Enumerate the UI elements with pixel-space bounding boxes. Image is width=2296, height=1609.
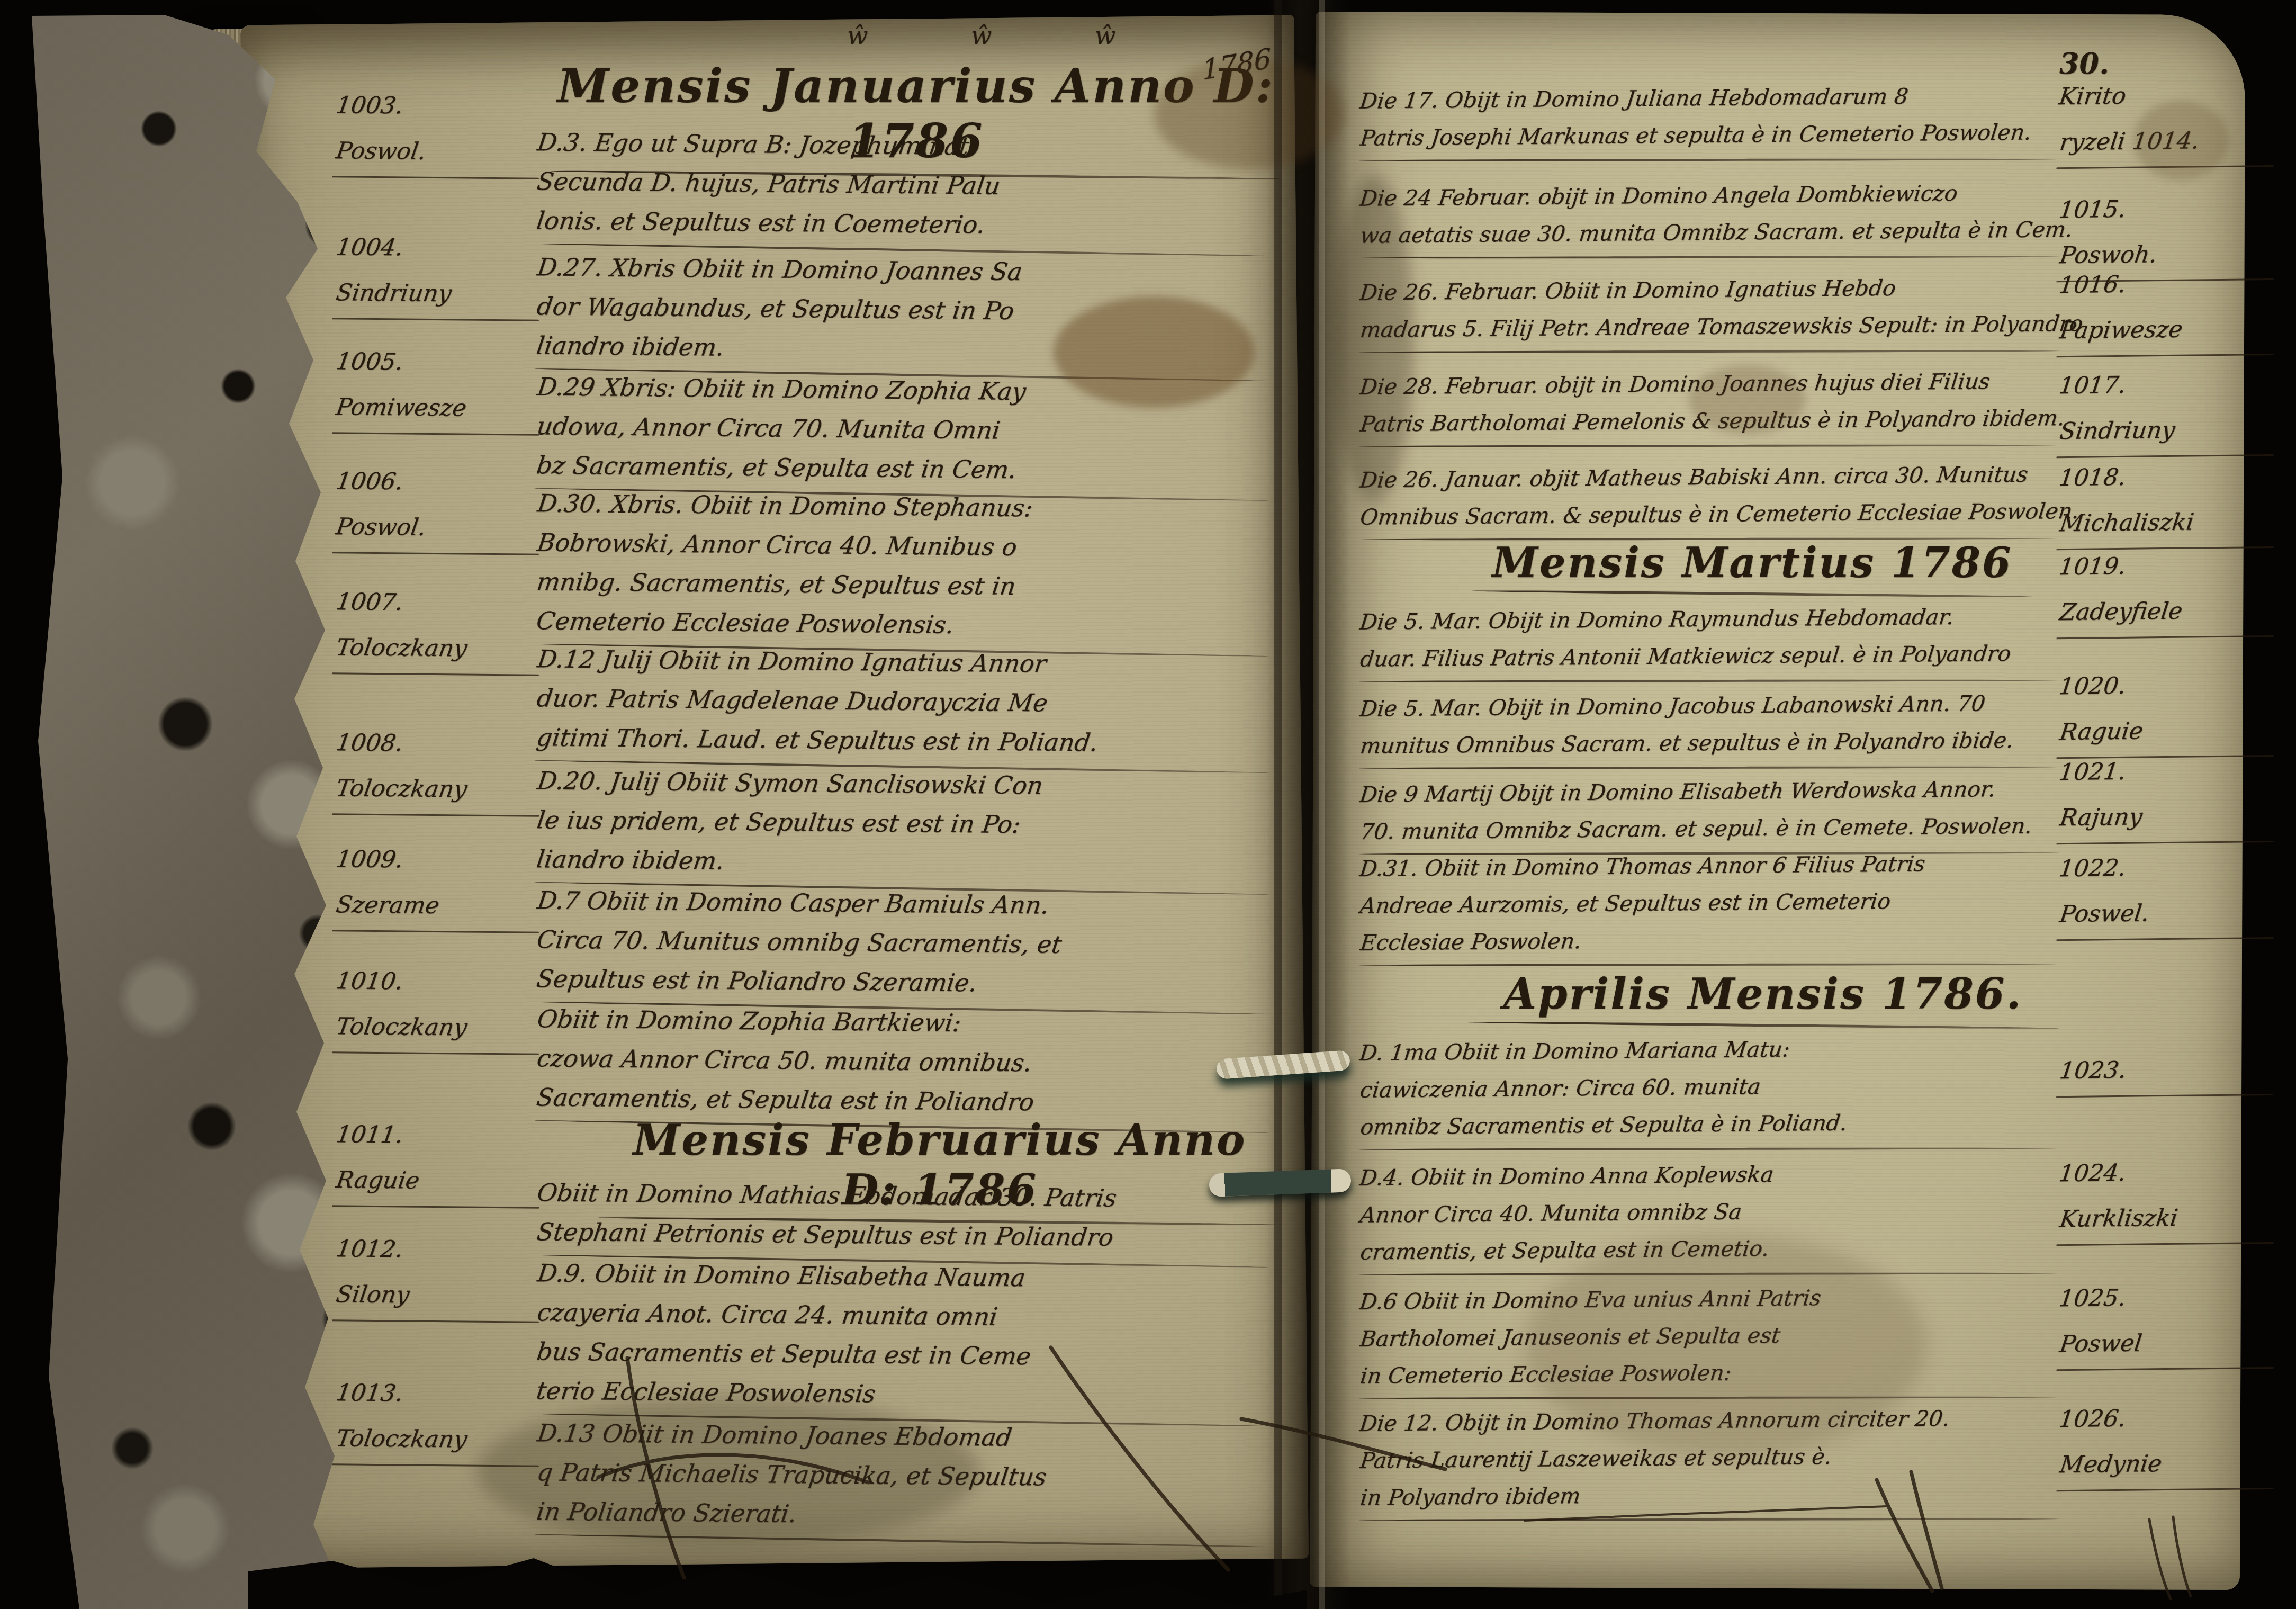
entry-place-label: Toloczkany	[332, 1004, 546, 1055]
entry-place-label: Rajuny	[2056, 793, 2280, 844]
entry-line: duor. Patris Magdelenae Dudorayczia Me	[535, 678, 1281, 724]
entry-line: mnibg. Sacramentis, et Sepultus est in	[534, 562, 1281, 608]
entry-place-label: Toloczkany	[332, 625, 546, 676]
entry-margin: 1023.	[2059, 1046, 2277, 1098]
entry-line: Annor Circa 40. Munita omnibz Sa	[1358, 1190, 2062, 1234]
entry-margin: 1016.Papiwesze	[2059, 260, 2277, 357]
entry-line: D.6 Obiit in Domino Eva unius Anni Patri…	[1358, 1277, 2062, 1320]
entry-line: D.31. Obiit in Domino Thomas Annor 6 Fil…	[1358, 844, 2062, 887]
entry-number: 1006.	[333, 459, 546, 506]
entry-line: Bobrowski, Annor Circa 40. Munibus o	[535, 523, 1281, 569]
register-entry: D.30. Xbris. Obiit in Domino Stephanus:B…	[534, 483, 1277, 654]
entry-place-label: Kurkliszki	[2056, 1194, 2280, 1246]
entry-line: lonis. et Sepultus est in Coemeterio.	[534, 201, 1281, 247]
entry-margin: 1012.Silony	[336, 1226, 543, 1323]
entry-line: D.30. Xbris. Obiit in Domino Stephanus:	[535, 483, 1282, 529]
entry-place-label: Poswol.	[332, 128, 546, 179]
register-entry: D. 1ma Obiit in Domino Mariana Matu:ciaw…	[1357, 1028, 2058, 1153]
entry-line: q Patris Michaelis Trapucika, et Sepultu…	[535, 1452, 1281, 1498]
entry-number: 1024.	[2056, 1149, 2279, 1197]
entry-margin: 1020.Raguie	[2059, 662, 2277, 759]
entry-number: 1004.	[333, 224, 546, 272]
entry-line: le ius pridem, et Sepultus est est in Po…	[535, 800, 1281, 846]
entry-number: 1019.	[2056, 542, 2279, 590]
entry-line: Die 9 Martij Obijt in Domino Elisabeth W…	[1358, 770, 2062, 813]
register-entry: Obiit in Domino Mathias Ebdomadar 30. Pa…	[534, 1173, 1276, 1265]
entry-number: 1005.	[333, 339, 546, 386]
entry-margin: 1011.Raguie	[336, 1112, 543, 1208]
register-entry: D.29 Xbris: Obiit in Domino Zophia Kayud…	[534, 367, 1276, 499]
entry-margin: 1008.Toloczkany	[336, 720, 543, 816]
entry-line: Die 12. Obijt in Domino Thomas Annorum c…	[1358, 1399, 2062, 1442]
entry-line: gitimi Thori. Laud. et Sepultus est in P…	[534, 717, 1281, 763]
entry-number: 1009.	[333, 837, 546, 884]
register-entry: Die 26. Januar. objit Matheus Babiski An…	[1357, 455, 2058, 543]
entry-place-label: Papiwesze	[2056, 306, 2280, 357]
entry-line: in Cemeterio Ecclesiae Poswolen:	[1358, 1351, 2063, 1395]
entry-number: 1022.	[2056, 844, 2279, 892]
entry-place-label: Kirito	[2056, 72, 2279, 120]
entry-number: 1020.	[2056, 662, 2279, 709]
entry-number: 1011.	[333, 1112, 546, 1159]
entry-place-label: Toloczkany	[332, 1416, 546, 1467]
entry-line: D.29 Xbris: Obiit in Domino Zophia Kay	[535, 367, 1281, 413]
entry-line: D.20. Julij Obiit Symon Sanclisowski Con	[535, 761, 1281, 807]
entry-margin: 1018.Michaliszki	[2059, 453, 2277, 550]
entry-margin: 1022.Poswel.	[2059, 844, 2277, 941]
entry-line: in Poliandro Szierati.	[534, 1491, 1281, 1538]
entry-line: Ecclesiae Poswolen.	[1358, 918, 2063, 961]
entry-line: Die 26. Januar. objit Matheus Babiski An…	[1358, 455, 2062, 499]
entry-number: 1021.	[2056, 748, 2279, 795]
entry-line: wa aetatis suae 30. munita Omnibz Sacram…	[1358, 211, 2063, 254]
entry-number: ryzeli 1014.	[2056, 118, 2280, 169]
register-entry: Die 17. Obijt in Domino Juliana Hebdomad…	[1357, 76, 2058, 164]
entry-line: czayeria Anot. Circa 24. munita omni	[535, 1292, 1281, 1338]
entry-line: liandro ibidem.	[534, 839, 1281, 885]
register-entry: Die 9 Martij Obijt in Domino Elisabeth W…	[1357, 770, 2058, 858]
entry-number: 1013.	[333, 1370, 546, 1417]
entry-number: 1017.	[2056, 361, 2279, 409]
entry-margin: 1026.Medynie	[2059, 1395, 2277, 1491]
entry-number: 1003.	[333, 83, 546, 130]
entry-place-label: Poswel	[2056, 1319, 2280, 1371]
entry-margin: 1024.Kurkliszki	[2059, 1149, 2277, 1246]
entry-place-label: Poswol.	[332, 504, 546, 555]
entry-margin: 1005.Pomiwesze	[336, 339, 543, 435]
entry-line: Circa 70. Munitus omnibg Sacramentis, et	[535, 920, 1281, 966]
entry-line: Die 17. Obijt in Domino Juliana Hebdomad…	[1358, 76, 2062, 120]
entry-line: Die 26. Februar. Obiit in Domino Ignatiu…	[1358, 268, 2062, 311]
entry-line: Die 28. Februar. obijt in Domino Joannes…	[1358, 362, 2062, 406]
entry-line: Patris Bartholomai Pemelonis & sepultus …	[1358, 399, 2063, 443]
gutter-fold-line	[1274, 0, 1282, 1609]
register-entry: Die 5. Mar. Obijt in Domino Jacobus Laba…	[1357, 684, 2058, 772]
entry-place-label: Medynie	[2056, 1440, 2280, 1491]
entry-line: Stephani Petrionis et Sepultus est in Po…	[534, 1212, 1281, 1258]
entry-margin: 1017.Sindriuny	[2059, 361, 2277, 458]
entry-place-label: Toloczkany	[332, 766, 546, 816]
entry-line: czowa Annor Circa 50. munita omnibus.	[535, 1038, 1281, 1084]
entry-line: D.7 Obiit in Domino Casper Bamiuls Ann.	[535, 880, 1281, 927]
entry-place-label: Zadeyfiele	[2056, 588, 2280, 639]
entry-line: D.9. Obiit in Domino Elisabetha Nauma	[535, 1253, 1282, 1299]
entry-number: 1015.	[2056, 185, 2279, 233]
entry-margin: 1004.Sindriuny	[336, 224, 543, 321]
entry-line: udowa, Annor Circa 70. Munita Omni	[535, 406, 1281, 452]
register-entry: D.27. Xbris Obiit in Domino Joannes Sado…	[534, 247, 1276, 379]
entry-line: D. 1ma Obiit in Domino Mariana Matu:	[1358, 1028, 2062, 1072]
entry-number: 1007.	[333, 579, 546, 626]
entry-line: Secunda D. hujus, Patris Martini Palu	[535, 161, 1281, 208]
gutter-fold-highlight	[1319, 0, 1325, 1609]
register-entry: D.7 Obiit in Domino Casper Bamiuls Ann.C…	[534, 880, 1276, 1012]
register-entry: Die 12. Obijt in Domino Thomas Annorum c…	[1357, 1399, 2058, 1524]
month-header-text: Mensis Martius 1786	[1472, 539, 2033, 587]
entry-margin: 1007.Toloczkany	[336, 579, 543, 676]
month-header-text: Aprilis Mensis 1786.	[1466, 969, 2059, 1019]
manuscript-scan: ŵ ŵ ŵ 1786 30. Mensis Januarius Anno D: …	[0, 0, 2296, 1609]
entry-line: duar. Filius Patris Antonii Matkiewicz s…	[1358, 634, 2063, 678]
entry-line: D.13 Obiit in Domino Joanes Ebdomad	[535, 1413, 1281, 1459]
entry-margin: 1003.Poswol.	[336, 83, 543, 179]
entry-margin: 1013.Toloczkany	[336, 1370, 543, 1467]
entry-margin: 1009.Szerame	[336, 837, 543, 933]
entry-line: D.4. Obiit in Domino Anna Koplewska	[1358, 1153, 2062, 1197]
entry-number: 1012.	[333, 1226, 546, 1273]
entry-number: 1008.	[333, 720, 546, 767]
entry-line: omnibz Sacramentis et Sepulta è in Polia…	[1358, 1102, 2063, 1146]
month-header: Mensis Martius 1786	[1472, 539, 2033, 595]
entry-margin: 1010.Toloczkany	[336, 958, 543, 1055]
entry-line: Andreae Aurzomis, et Sepultus est in Cem…	[1358, 881, 2062, 924]
entry-line: D.12 Julij Obiit in Domino Ignatius Anno…	[535, 639, 1281, 685]
entry-margin: Kiritoryzeli 1014.	[2059, 72, 2277, 169]
entry-line: in Polyandro ibidem	[1358, 1473, 2063, 1516]
month-header: Aprilis Mensis 1786.	[1466, 969, 2059, 1027]
entry-line: Patris Laurentij Laszeweikas et sepultus…	[1358, 1436, 2062, 1479]
entry-place-label: Raguie	[332, 1157, 546, 1208]
entry-line: cramentis, et Sepulta est in Cemetio.	[1358, 1227, 2063, 1271]
entry-line: Obiit in Domino Zophia Bartkiewi:	[535, 999, 1281, 1045]
register-entry: D.13 Obiit in Domino Joanes Ebdomadq Pat…	[534, 1413, 1276, 1545]
entry-margin: 1025.Poswel	[2059, 1274, 2277, 1371]
register-entry: D.9. Obiit in Domino Elisabetha Naumacza…	[534, 1253, 1277, 1424]
entry-line: terio Ecclesiae Poswolensis	[534, 1371, 1281, 1417]
register-entry: D.6 Obiit in Domino Eva unius Anni Patri…	[1357, 1277, 2058, 1402]
entry-margin: 1019.Zadeyfiele	[2059, 542, 2277, 639]
entry-margin: 1006.Poswol.	[336, 459, 543, 555]
entry-line: bus Sacramentis et Sepulta est in Ceme	[534, 1332, 1281, 1378]
register-entry: D.31. Obiit in Domino Thomas Annor 6 Fil…	[1357, 844, 2058, 969]
entry-margin: 1021.Rajuny	[2059, 748, 2277, 844]
register-entry: Die 24 Februar. obijt in Domino Angela D…	[1357, 174, 2058, 262]
entry-number: 1025.	[2056, 1274, 2279, 1322]
entry-place-label: Szerame	[332, 882, 546, 933]
register-entry: Die 28. Februar. obijt in Domino Joannes…	[1357, 362, 2058, 450]
entry-number: 1010.	[333, 958, 546, 1005]
entry-number: 1026.	[2056, 1395, 2279, 1442]
entry-line: 70. munita Omnibz Sacram. et sepul. è in…	[1358, 807, 2063, 850]
entry-line: dor Wagabundus, et Sepultus est in Po	[535, 286, 1281, 332]
entry-line: Sepultus est in Poliandro Szeramie.	[534, 959, 1281, 1005]
entry-place-label: Pomiwesze	[332, 384, 546, 435]
entry-line: Die 24 Februar. obijt in Domino Angela D…	[1358, 174, 2062, 217]
stray-ink-marks: ŵ ŵ ŵ	[847, 21, 1163, 50]
entry-place-label: Poswel.	[2056, 889, 2280, 941]
binding-cord	[1209, 1168, 1351, 1197]
entry-line: Obiit in Domino Mathias Ebdomadar 30. Pa…	[535, 1173, 1281, 1219]
register-entry: D.20. Julij Obiit Symon Sanclisowski Con…	[534, 761, 1276, 893]
entry-number: 1018.	[2056, 453, 2279, 501]
entry-line: D.27. Xbris Obiit in Domino Joannes Sa	[535, 247, 1281, 293]
entry-line: liandro ibidem.	[534, 326, 1281, 372]
entry-line: Bartholomei Januseonis et Sepulta est	[1358, 1314, 2062, 1358]
entry-line: Die 5. Mar. Obijt in Domino Raymundus He…	[1358, 597, 2062, 641]
register-entry: D.12 Julij Obiit in Domino Ignatius Anno…	[534, 639, 1276, 771]
entry-line: Omnibus Sacram. & sepultus è in Cemeteri…	[1358, 492, 2063, 536]
register-entry: D.3. Ego ut Supra B: Jozephum nat:Secund…	[534, 122, 1276, 254]
entry-number: 1016.	[2056, 260, 2279, 308]
entry-number: 1023.	[2056, 1046, 2280, 1098]
entry-line: Die 5. Mar. Obijt in Domino Jacobus Laba…	[1358, 684, 2062, 727]
entry-place-label: Silony	[332, 1272, 546, 1323]
entry-line: D.3. Ego ut Supra B: Jozephum nat:	[535, 122, 1281, 168]
entry-line: madarus 5. Filij Petr. Andreae Tomaszews…	[1358, 305, 2063, 348]
register-entry: Die 5. Mar. Obijt in Domino Raymundus He…	[1357, 597, 2058, 685]
register-entry: Obiit in Domino Zophia Bartkiewi:czowa A…	[534, 999, 1276, 1131]
entry-line: Patris Josephi Markunas et sepulta è in …	[1358, 113, 2063, 157]
register-entry: D.4. Obiit in Domino Anna KoplewskaAnnor…	[1357, 1153, 2058, 1278]
entry-place-label: Sindriuny	[332, 270, 546, 321]
register-entry: Die 26. Februar. Obiit in Domino Ignatiu…	[1357, 268, 2058, 356]
entry-place-label: Sindriuny	[2056, 407, 2280, 458]
entry-line: munitus Omnibus Sacram. et sepultus è in…	[1358, 721, 2063, 765]
entry-line: ciawiczenia Annor: Circa 60. munita	[1358, 1065, 2062, 1109]
